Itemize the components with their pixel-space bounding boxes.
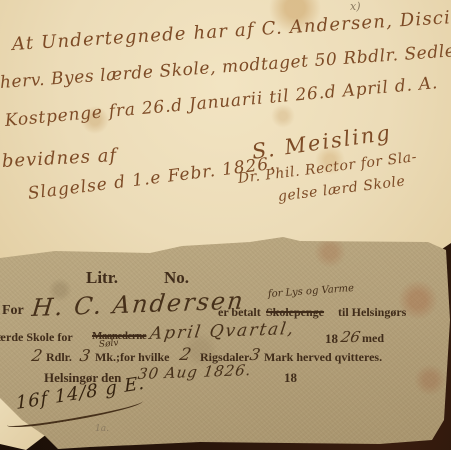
er-betalt-label: er betalt <box>218 305 261 320</box>
year-prefix-printed: 18 <box>284 370 297 386</box>
mk-label: Mk.; <box>95 350 120 365</box>
no-label: No. <box>164 268 189 288</box>
photo-of-documents: x) At Undertegnede har af C. Andersen, D… <box>0 0 451 450</box>
struck-skolepenge-label: Skolepenge <box>266 305 324 320</box>
til-helsingors-label: til Helsingørs <box>338 305 406 320</box>
litr-label: Litr. <box>86 268 118 288</box>
laerde-skole-label: lærde Skole for <box>0 330 73 345</box>
year-printed-prefix: 18 <box>325 331 338 347</box>
med-label: med <box>362 331 384 346</box>
pencil-note: 1a. <box>95 424 109 434</box>
mark-qvitteres-label: Mark herved qvitteres. <box>264 350 382 365</box>
soelv-insertion: Sølv <box>99 338 119 350</box>
for-label: For <box>2 303 24 319</box>
pencil-corner-mark: x) <box>350 0 361 13</box>
for-hvilke-label: for hvilke <box>120 350 169 365</box>
year-written-suffix: 26 <box>339 328 361 346</box>
rdlr-label: Rdlr. <box>46 350 72 365</box>
